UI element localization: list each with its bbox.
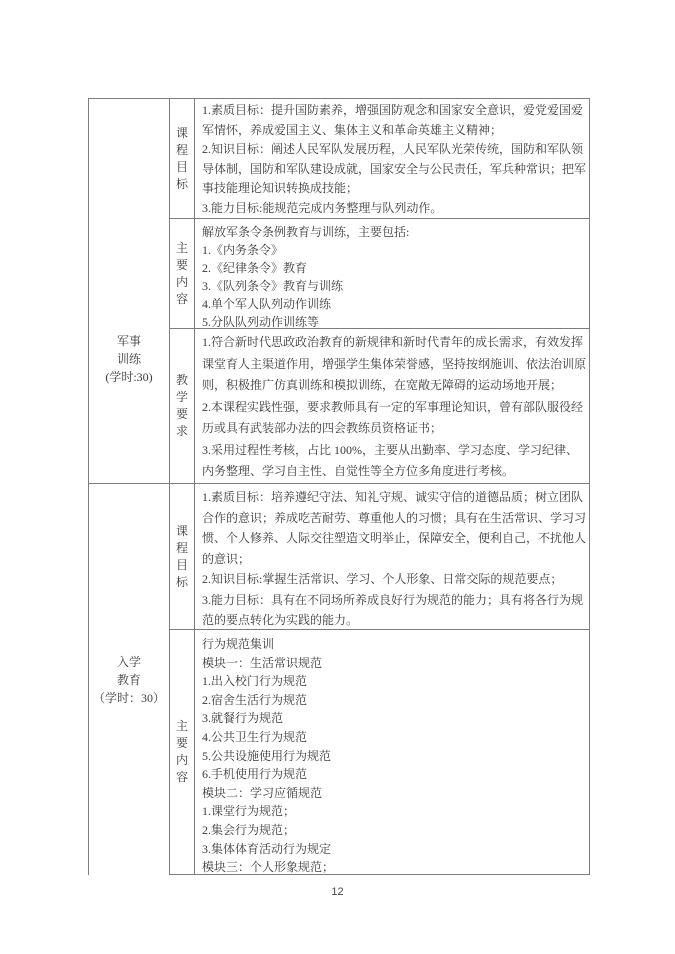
row-label: 主要内容 bbox=[170, 219, 195, 328]
table-row: 课程目标 1.素质目标：培养遵纪守法、知礼守规、诚实守信的道德品质；树立团队 合… bbox=[170, 484, 589, 630]
row-content: 1.符合新时代思政政治教育的新规律和新时代青年的成长需求，有效发挥 课堂育人主渠… bbox=[195, 329, 589, 483]
course-name-cell: 入学 教育 （学时：30） bbox=[89, 484, 170, 875]
course-outline-table: 军事 训练 (学时:30) 课程目标 1.素质目标：提升国防素养，增强国防观念和… bbox=[88, 98, 590, 875]
section-rows: 课程目标 1.素质目标：提升国防素养，增强国防观念和国家安全意识，爱党爱国爱 军… bbox=[170, 99, 589, 483]
row-label: 教学要求 bbox=[170, 329, 195, 483]
table-row: 主要内容 行为规范集训 模块一：生活常识规范 1.出入校门行为规范 2.宿舍生活… bbox=[170, 630, 589, 874]
table-row: 教学要求 1.符合新时代思政政治教育的新规律和新时代青年的成长需求，有效发挥 课… bbox=[170, 329, 589, 483]
table-row: 课程目标 1.素质目标：提升国防素养，增强国防观念和国家安全意识，爱党爱国爱 军… bbox=[170, 99, 589, 219]
row-content: 1.素质目标：培养遵纪守法、知礼守规、诚实守信的道德品质；树立团队 合作的意识；… bbox=[195, 484, 589, 629]
row-label: 课程目标 bbox=[170, 484, 195, 629]
section-military-training: 军事 训练 (学时:30) 课程目标 1.素质目标：提升国防素养，增强国防观念和… bbox=[89, 99, 589, 484]
section-rows: 课程目标 1.素质目标：培养遵纪守法、知礼守规、诚实守信的道德品质；树立团队 合… bbox=[170, 484, 589, 875]
row-content: 行为规范集训 模块一：生活常识规范 1.出入校门行为规范 2.宿舍生活行为规范 … bbox=[195, 630, 589, 874]
row-label: 主要内容 bbox=[170, 630, 195, 874]
course-name-cell: 军事 训练 (学时:30) bbox=[89, 99, 170, 483]
row-label: 课程目标 bbox=[170, 99, 195, 218]
page-number: 12 bbox=[0, 886, 675, 898]
table-row: 主要内容 解放军条令条例教育与训练，主要包括: 1.《内务条令》 2.《纪律条令… bbox=[170, 219, 589, 329]
row-content: 解放军条令条例教育与训练，主要包括: 1.《内务条令》 2.《纪律条令》教育 3… bbox=[195, 219, 589, 328]
section-enrollment-education: 入学 教育 （学时：30） 课程目标 1.素质目标：培养遵纪守法、知礼守规、诚实… bbox=[89, 484, 589, 875]
row-content: 1.素质目标：提升国防素养，增强国防观念和国家安全意识，爱党爱国爱 军情怀，养成… bbox=[195, 99, 589, 218]
